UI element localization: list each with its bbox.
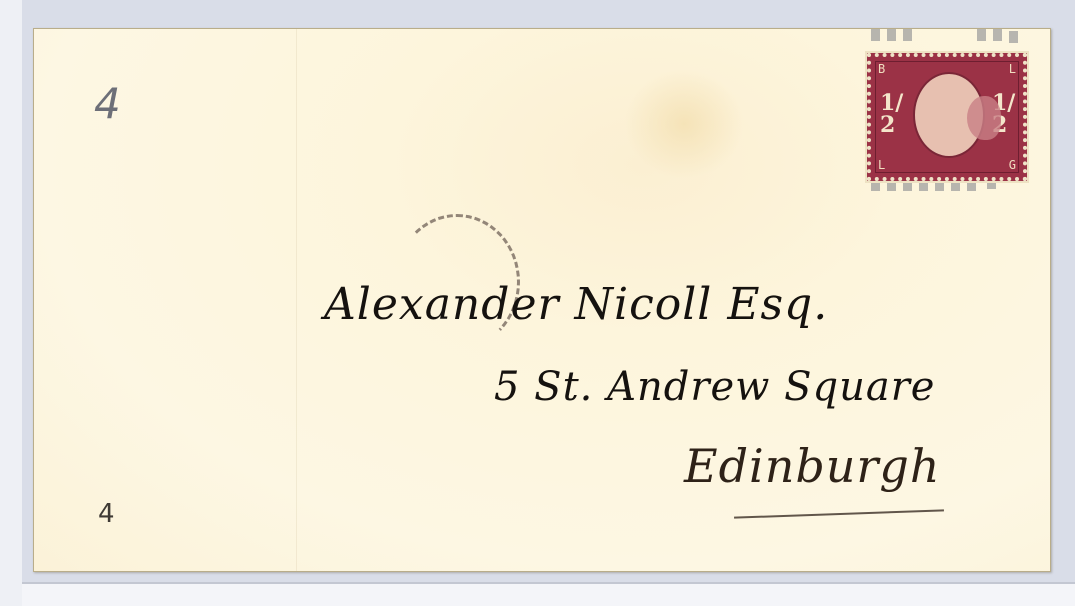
- stamp-corner-letter: B: [878, 62, 885, 76]
- halfpenny-stamp: B L L G 1/2 1/2: [867, 53, 1027, 181]
- pencil-note-top: 4: [94, 79, 121, 128]
- pencil-note-bottom: 4: [98, 499, 115, 529]
- envelope: 4 4 B L L G 1/2 1/2 Alexander Nicoll Esq…: [33, 28, 1051, 572]
- stamp-value-left: 1/2: [880, 92, 902, 136]
- stamp-corner-letter: L: [878, 158, 885, 172]
- stamp-corner-letter: G: [1009, 158, 1016, 172]
- address-line-city: Edinburgh: [684, 439, 941, 493]
- city-underline: [734, 509, 944, 518]
- stamp-corner-letter: L: [1009, 62, 1016, 76]
- page-margin: [0, 0, 22, 606]
- queen-head-icon: [967, 96, 1001, 140]
- address-line-street: 5 St. Andrew Square: [494, 364, 935, 410]
- address-line-name: Alexander Nicoll Esq.: [324, 279, 828, 330]
- toning-stain: [624, 69, 744, 179]
- queen-portrait: [913, 72, 985, 158]
- fold-line: [296, 29, 297, 571]
